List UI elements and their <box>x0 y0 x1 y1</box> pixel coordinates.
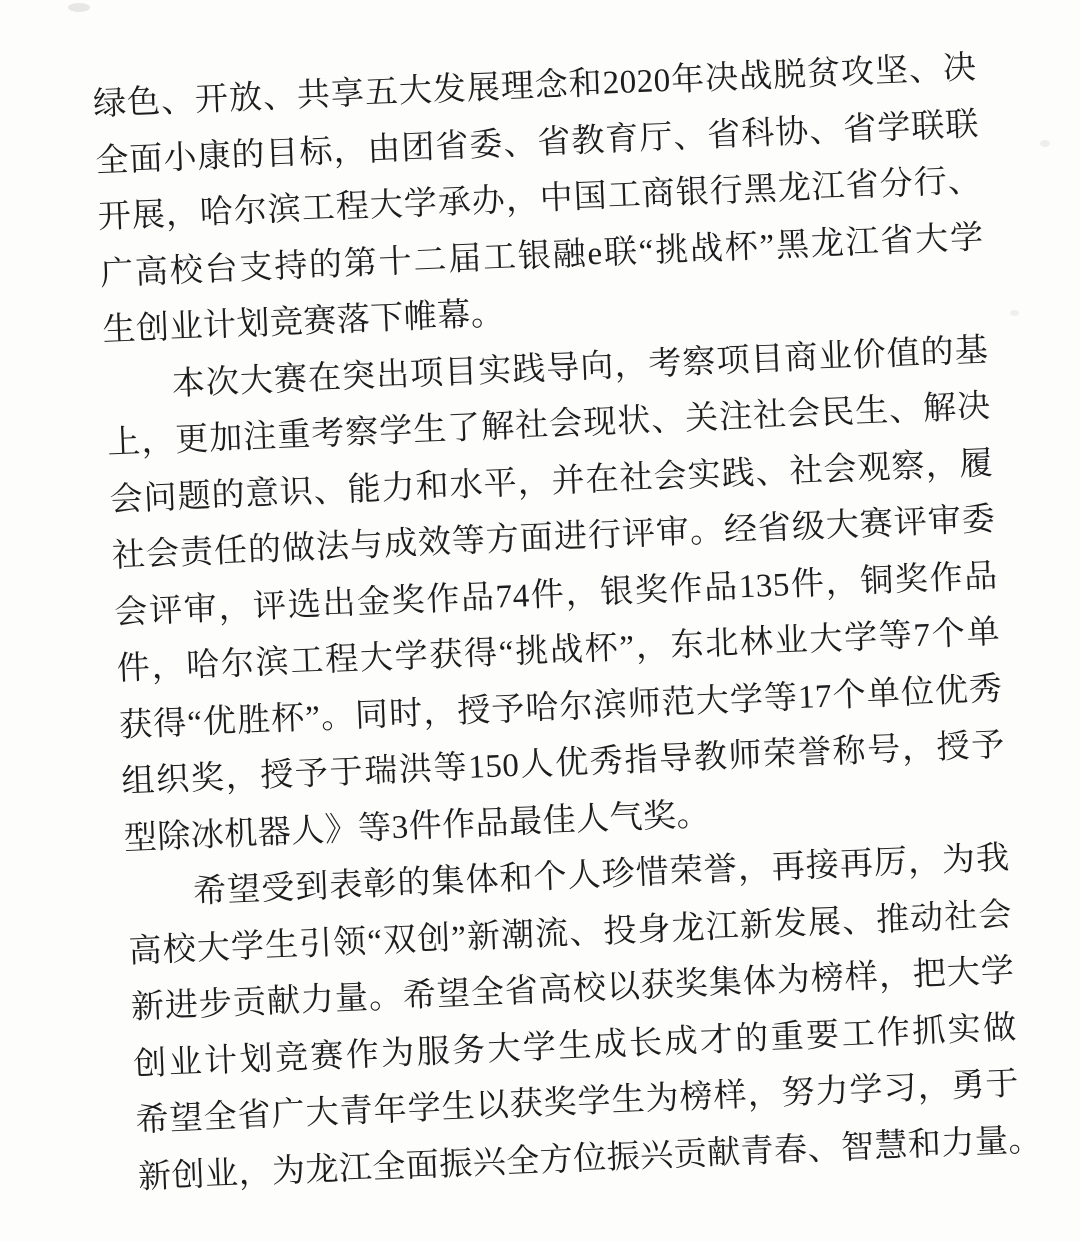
scan-artifact <box>1040 140 1050 147</box>
scan-artifact <box>1010 310 1019 316</box>
paragraph: 绿色、开放、共享五大发展理念和2020年决战脱贫攻坚、决胜全面小康的目标，由团省… <box>92 40 987 359</box>
scan-artifact <box>68 3 90 12</box>
paragraph: 本次大赛在突出项目实践导向，考察项目商业价值的基础上，更加注重考察学生了解社会现… <box>104 322 1009 867</box>
paragraph: 希望受到表彰的集体和个人珍惜荣誉，再接再厉，为我省高校大学生引领“双创”新潮流、… <box>125 830 1022 1206</box>
text-block: 绿色、开放、共享五大发展理念和2020年决战脱贫攻坚、决胜全面小康的目标，由团省… <box>92 40 1023 1206</box>
document-page: 绿色、开放、共享五大发展理念和2020年决战脱贫攻坚、决胜全面小康的目标，由团省… <box>0 0 1080 1242</box>
